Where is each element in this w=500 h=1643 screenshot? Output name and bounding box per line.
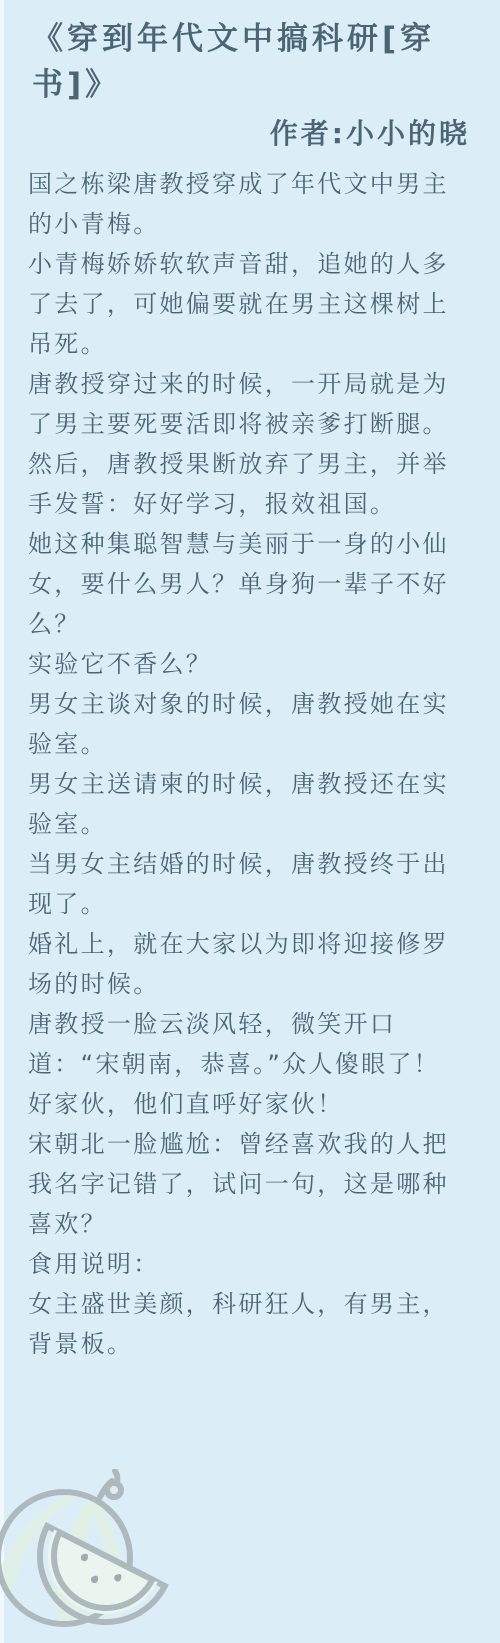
paragraph: 然后，唐教授果断放弃了男主，并举手发誓：好好学习，报效祖国。: [28, 444, 474, 524]
paragraphs: 国之栋梁唐教授穿成了年代文中男主的小青梅。小青梅娇娇软软声音甜，追她的人多了去了…: [28, 164, 474, 1364]
melon-stem-icon: [100, 1471, 121, 1497]
paragraph: 食用说明：: [28, 1244, 474, 1284]
paragraph: 实验它不香么？: [28, 644, 474, 684]
paragraph: 国之栋梁唐教授穿成了年代文中男主的小青梅。: [28, 164, 474, 244]
melon-stripes: [0, 1491, 125, 1627]
paragraph: 她这种集聪智慧与美丽于一身的小仙女，要什么男人？单身狗一辈子不好么？: [28, 524, 474, 644]
author-line: 作者:小小的晓: [28, 114, 474, 154]
melon-slice: [17, 1526, 165, 1643]
paragraph: 男女主送请柬的时候，唐教授还在实验室。: [28, 764, 474, 844]
paragraph: 小青梅娇娇软软声音甜，追她的人多了去了，可她偏要就在男主这棵树上吊死。: [28, 244, 474, 364]
novel-intro-page: 《穿到年代文中搞科研[穿书]》 作者:小小的晓 国之栋梁唐教授穿成了年代文中男主…: [0, 0, 500, 1643]
paragraph: 婚礼上，就在大家以为即将迎接修罗场的时候。: [28, 924, 474, 1004]
page-content: 《穿到年代文中搞科研[穿书]》 作者:小小的晓 国之栋梁唐教授穿成了年代文中男主…: [0, 0, 500, 1364]
paragraph: 唐教授一脸云淡风轻，微笑开口道：“宋朝南，恭喜。”众人傻眼了！: [28, 1004, 474, 1084]
paragraph: 宋朝北一脸尴尬：曾经喜欢我的人把我名字记错了，试问一句，这是哪种喜欢？: [28, 1124, 474, 1244]
slice-rind: [17, 1526, 165, 1643]
paragraph: 当男女主结婚的时候，唐教授终于出现了。: [28, 844, 474, 924]
watermelon-icon: [0, 1469, 206, 1643]
slice-rind-gap: [28, 1530, 158, 1634]
paragraph: 好家伙，他们直呼好家伙！: [28, 1084, 474, 1124]
paragraph: 唐教授穿过来的时候，一开局就是为了男主要死要活即将被亲爹打断腿。: [28, 364, 474, 444]
paragraph: 男女主谈对象的时候，唐教授她在实验室。: [28, 684, 474, 764]
watermelon-illustration: [0, 1469, 206, 1643]
slice-seeds: [73, 1552, 125, 1594]
book-title: 《穿到年代文中搞科研[穿书]》: [32, 16, 474, 108]
melon-body: [0, 1491, 130, 1627]
slice-flesh: [36, 1532, 152, 1626]
paragraph: 女主盛世美颜，科研狂人，有男主，背景板。: [28, 1284, 474, 1364]
